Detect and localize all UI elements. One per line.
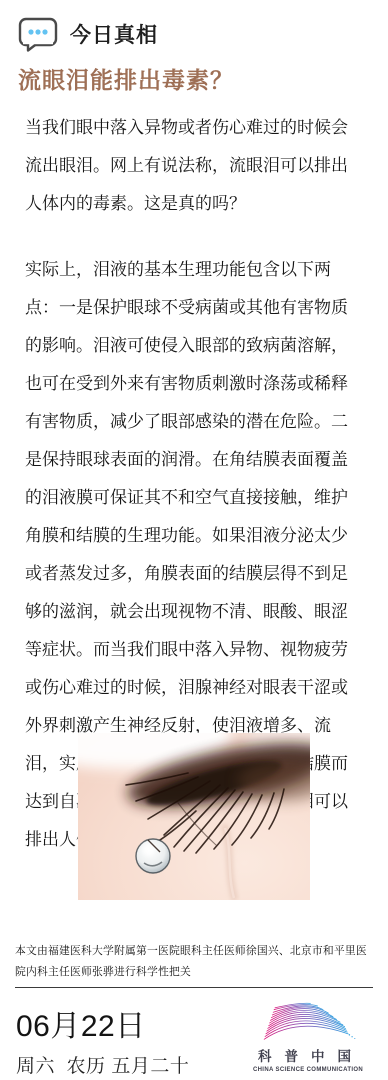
kepu-china-swoosh-icon (249, 998, 367, 1043)
date-text: 06月22日 (16, 1001, 189, 1045)
header: 今日真相 (18, 16, 158, 52)
chat-bubble-dots-icon (18, 16, 58, 52)
teardrop-eye-photo-art (78, 733, 310, 900)
kepu-china-logo: 科普中国 CHINA SCIENCE COMMUNICATION (242, 997, 374, 1073)
divider-line (15, 987, 373, 988)
truth-card-page: 今日真相 流眼泪能排出毒素？ 当我们眼中落入异物或者伤心难过的时候会流出眼泪。网… (0, 0, 388, 1080)
teardrop-eye-photo (78, 733, 310, 900)
logo-cn-text: 科普中国 (252, 1045, 364, 1065)
logo-en-text: CHINA SCIENCE COMMUNICATION (253, 1067, 363, 1073)
footer: 06月22日 周六 农历 五月二十 (16, 997, 374, 1073)
review-footnote: 本文由福建医科大学附属第一医院眼科主任医师徐国兴、北京市和平里医院内科主任医师张… (15, 941, 371, 983)
article-paragraph: 当我们眼中落入异物或者伤心难过的时候会流出眼泪。网上有说法称，流眼泪可以排出人体… (25, 109, 351, 223)
brand-title: 今日真相 (70, 19, 158, 49)
weekday-lunar-text: 周六 农历 五月二十 (16, 1051, 189, 1078)
article-title: 流眼泪能排出毒素？ (18, 62, 234, 95)
date-block: 06月22日 周六 农历 五月二十 (16, 997, 189, 1073)
